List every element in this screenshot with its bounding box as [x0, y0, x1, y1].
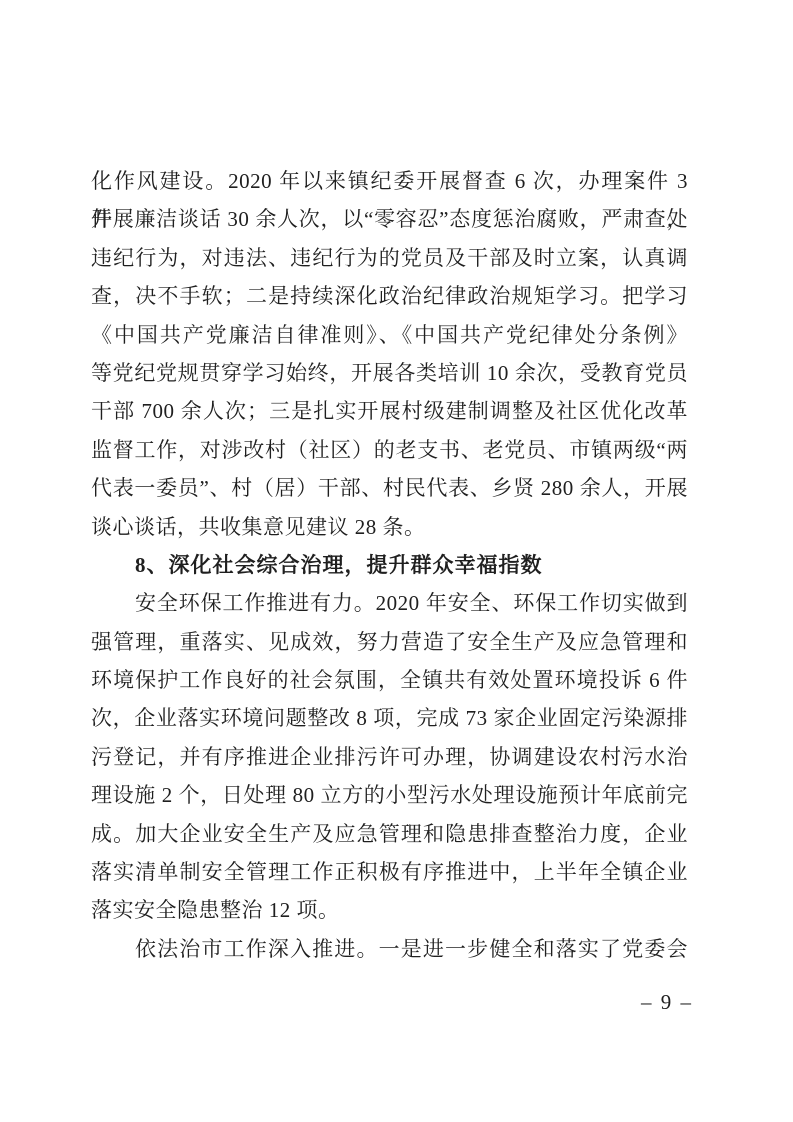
text-line: 理设施 2 个，日处理 80 立方的小型污水处理设施预计年底前完: [91, 776, 688, 814]
page-number: – 9 –: [641, 991, 693, 1013]
text-line: 谈心谈话，共收集意见建议 28 条。: [91, 508, 688, 546]
document-body: 化作风建设。2020 年以来镇纪委开展督查 6 次，办理案件 3 件， 开展廉洁…: [91, 162, 688, 968]
text-line: 安全环保工作推进有力。2020 年安全、环保工作切实做到: [91, 584, 688, 622]
text-line: 成。加大企业安全生产及应急管理和隐患排查整治力度，企业: [91, 815, 688, 853]
text-line: 违纪行为，对违法、违纪行为的党员及干部及时立案，认真调: [91, 239, 688, 277]
text-line: 落实安全隐患整治 12 项。: [91, 891, 688, 929]
text-line: 查，决不手软；二是持续深化政治纪律政治规矩学习。把学习: [91, 277, 688, 315]
text-line: 《中国共产党廉洁自律准则》、《中国共产党纪律处分条例》: [91, 316, 688, 354]
text-line: 干部 700 余人次；三是扎实开展村级建制调整及社区优化改革: [91, 392, 688, 430]
text-line: 化作风建设。2020 年以来镇纪委开展督查 6 次，办理案件 3 件，: [91, 162, 688, 200]
text-line: 开展廉洁谈话 30 余人次，以“零容忍”态度惩治腐败，严肃查处: [91, 200, 688, 238]
text-line: 强管理，重落实、见成效，努力营造了安全生产及应急管理和: [91, 623, 688, 661]
text-line: 次，企业落实环境问题整改 8 项，完成 73 家企业固定污染源排: [91, 699, 688, 737]
text-line: 代表一委员”、村（居）干部、村民代表、乡贤 280 余人，开展: [91, 469, 688, 507]
text-line: 等党纪党规贯穿学习始终，开展各类培训 10 余次，受教育党员: [91, 354, 688, 392]
document-page: 化作风建设。2020 年以来镇纪委开展督查 6 次，办理案件 3 件， 开展廉洁…: [0, 0, 793, 1122]
text-line: 监督工作，对涉改村（社区）的老支书、老党员、市镇两级“两: [91, 431, 688, 469]
section-heading: 8、深化社会综合治理，提升群众幸福指数: [91, 546, 688, 584]
text-line: 落实清单制安全管理工作正积极有序推进中，上半年全镇企业: [91, 853, 688, 891]
text-line: 依法治市工作深入推进。一是进一步健全和落实了党委会: [91, 930, 688, 968]
text-line: 污登记，并有序推进企业排污许可办理，协调建设农村污水治: [91, 738, 688, 776]
text-line: 环境保护工作良好的社会氛围，全镇共有效处置环境投诉 6 件: [91, 661, 688, 699]
